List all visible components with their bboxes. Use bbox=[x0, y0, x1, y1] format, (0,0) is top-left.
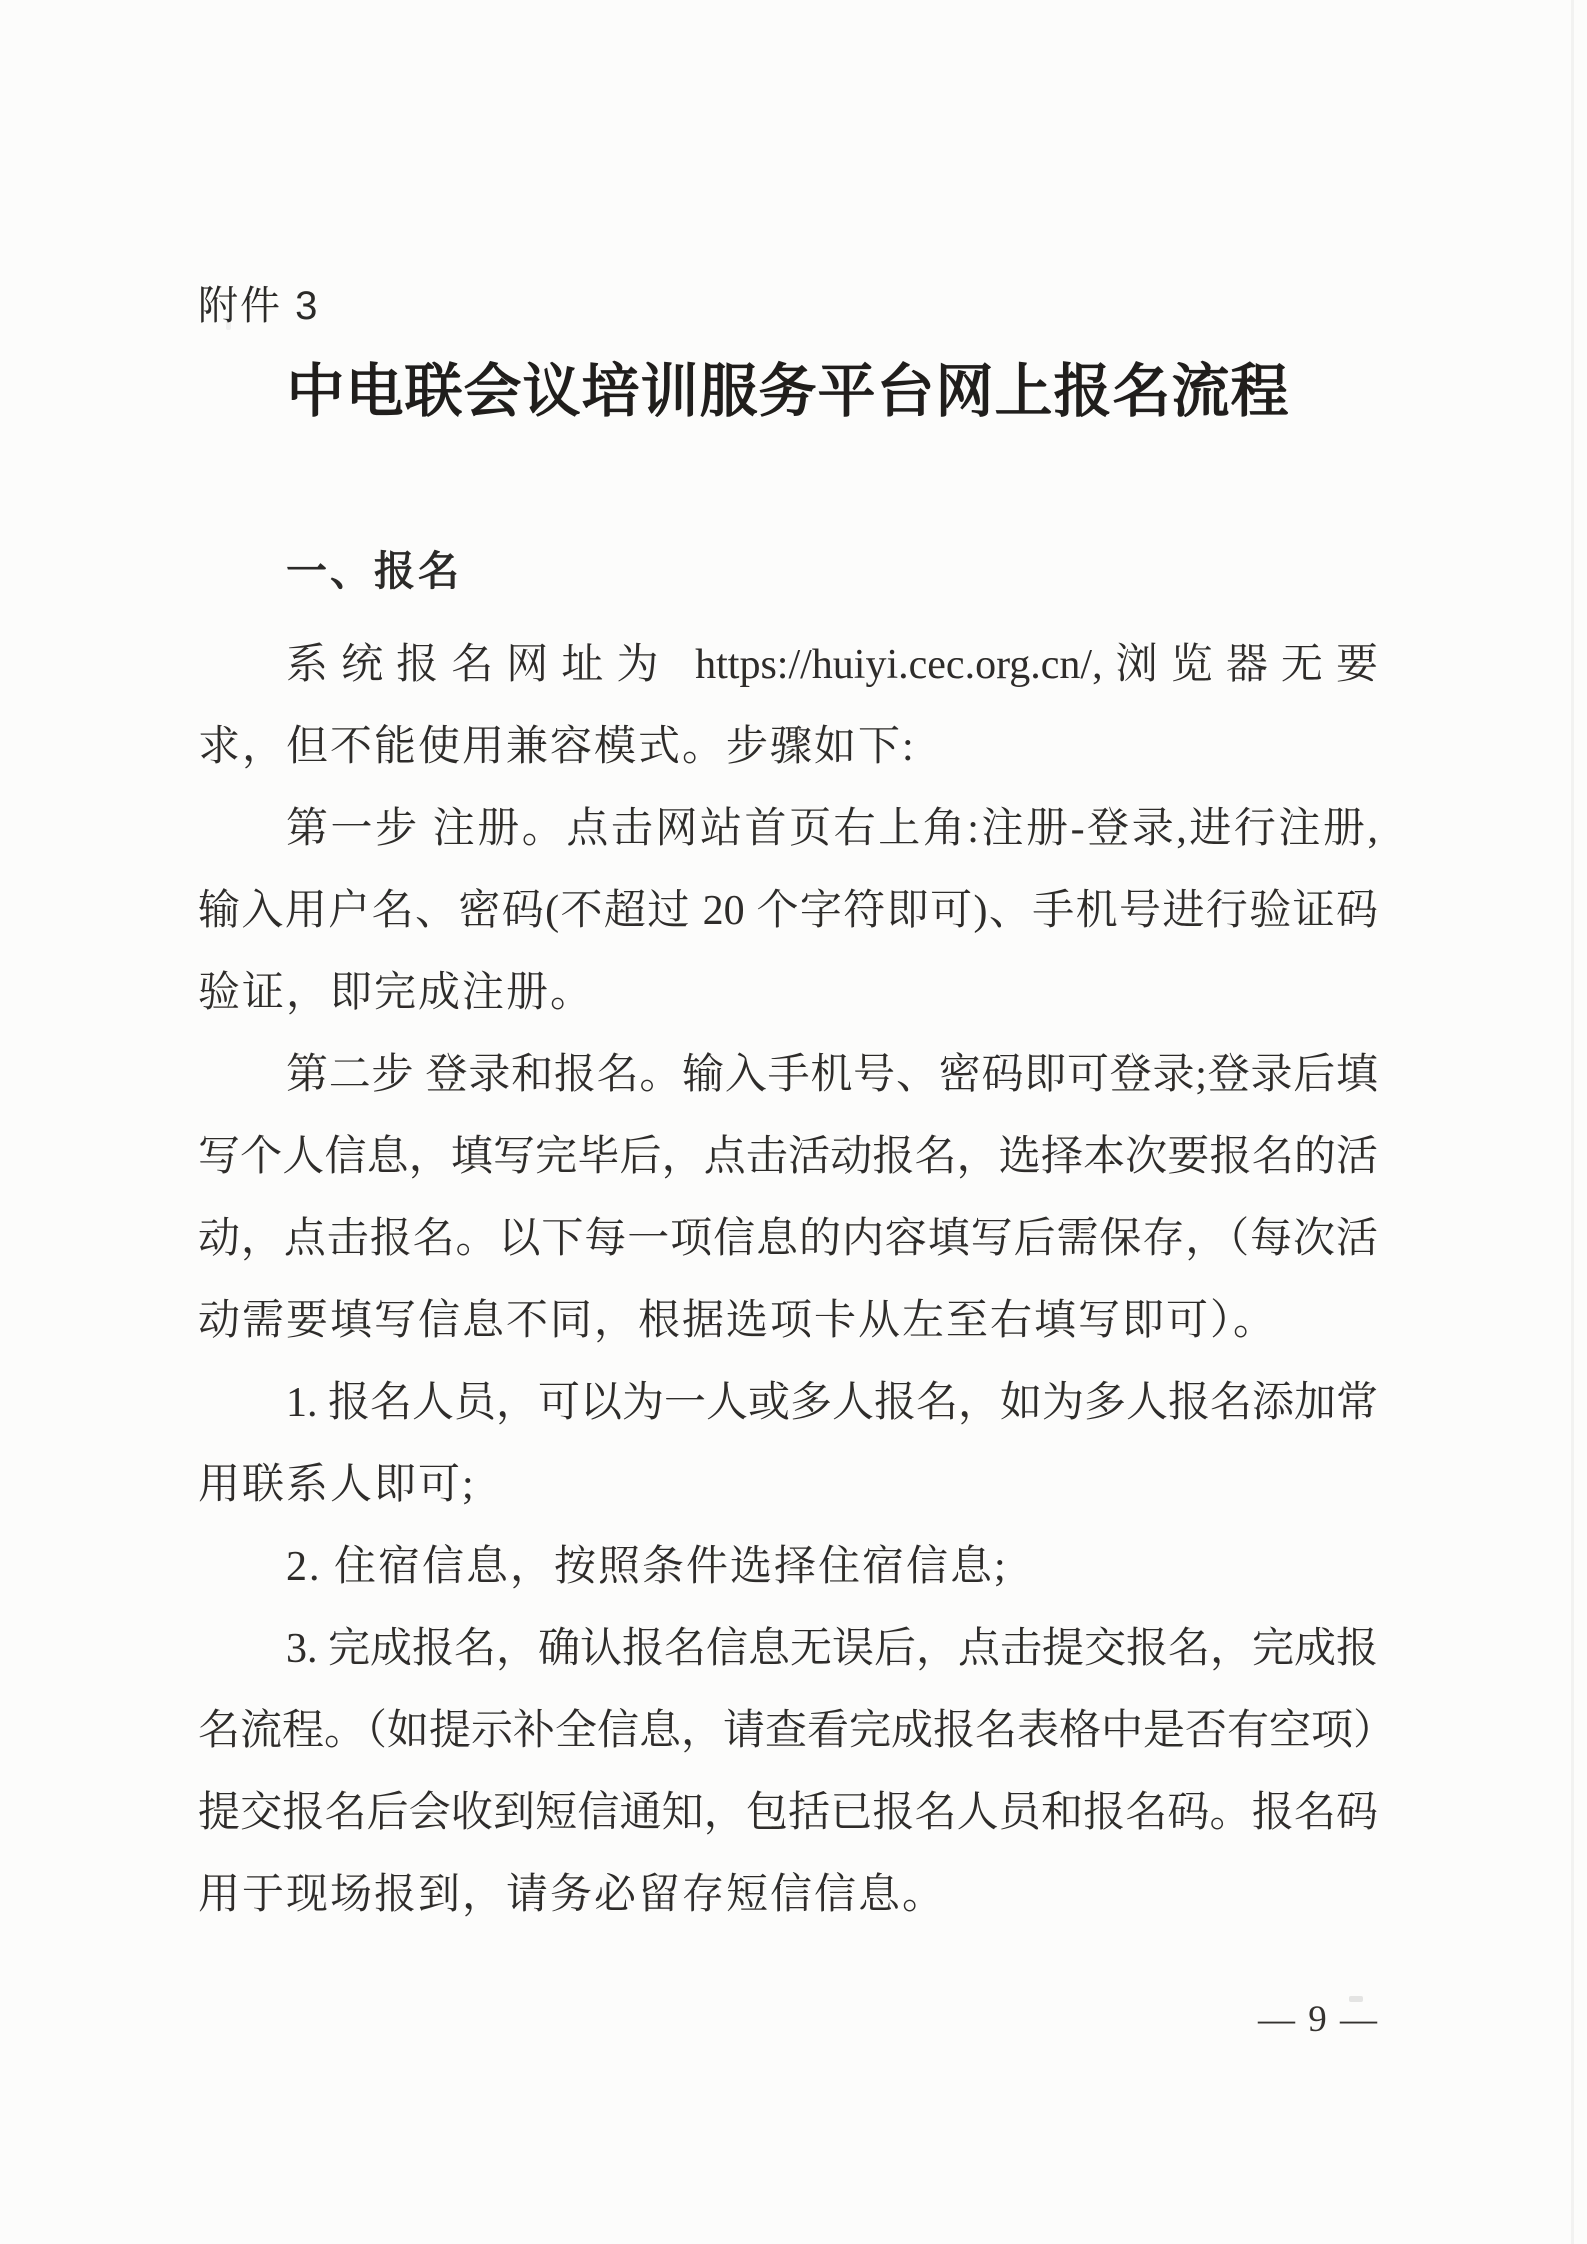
body-line: 动，点击报名。以下每一项信息的内容填写后需保存，（每次活 bbox=[198, 1198, 1378, 1280]
body-line: 第二步 登录和报名。输入手机号、密码即可登录;登录后填 bbox=[198, 1034, 1378, 1116]
page-number: — 9 — bbox=[1258, 1998, 1418, 2042]
body-line: 验证，即完成注册。 bbox=[198, 952, 1378, 1034]
body-line: 名流程。（如提示补全信息，请查看完成报名表格中是否有空项） bbox=[198, 1690, 1378, 1772]
body-line: 2. 住宿信息，按照条件选择住宿信息; bbox=[198, 1526, 1378, 1608]
scan-edge-shadow bbox=[1571, 0, 1574, 2244]
body-line: 输入用户名、密码(不超过 20 个字符即可)、手机号进行验证码 bbox=[198, 870, 1378, 952]
body-line: 3. 完成报名，确认报名信息无误后，点击提交报名，完成报 bbox=[198, 1608, 1378, 1690]
body-line: 系统报名网址为 https://huiyi.cec.org.cn/,浏览器无要 bbox=[198, 624, 1378, 706]
section-heading: 一、报名 bbox=[286, 546, 462, 596]
document-page: 附件 3 中电联会议培训服务平台网上报名流程 一、报名 系统报名网址为 http… bbox=[0, 0, 1587, 2244]
body-line: 写个人信息，填写完毕后，点击活动报名，选择本次要报名的活 bbox=[198, 1116, 1378, 1198]
attachment-label: 附件 3 bbox=[198, 284, 319, 328]
body-line: 用联系人即可; bbox=[198, 1444, 1378, 1526]
body-line: 求，但不能使用兼容模式。步骤如下: bbox=[198, 706, 1378, 788]
document-title: 中电联会议培训服务平台网上报名流程 bbox=[198, 358, 1378, 426]
body-line: 1. 报名人员，可以为一人或多人报名，如为多人报名添加常 bbox=[198, 1362, 1378, 1444]
body-text: 系统报名网址为 https://huiyi.cec.org.cn/,浏览器无要 … bbox=[198, 624, 1378, 1936]
body-line: 用于现场报到，请务必留存短信信息。 bbox=[198, 1854, 1378, 1936]
body-line: 动需要填写信息不同，根据选项卡从左至右填写即可）。 bbox=[198, 1280, 1378, 1362]
body-line: 提交报名后会收到短信通知，包括已报名人员和报名码。报名码 bbox=[198, 1772, 1378, 1854]
body-line: 第一步 注册。点击网站首页右上角:注册-登录,进行注册, bbox=[198, 788, 1378, 870]
